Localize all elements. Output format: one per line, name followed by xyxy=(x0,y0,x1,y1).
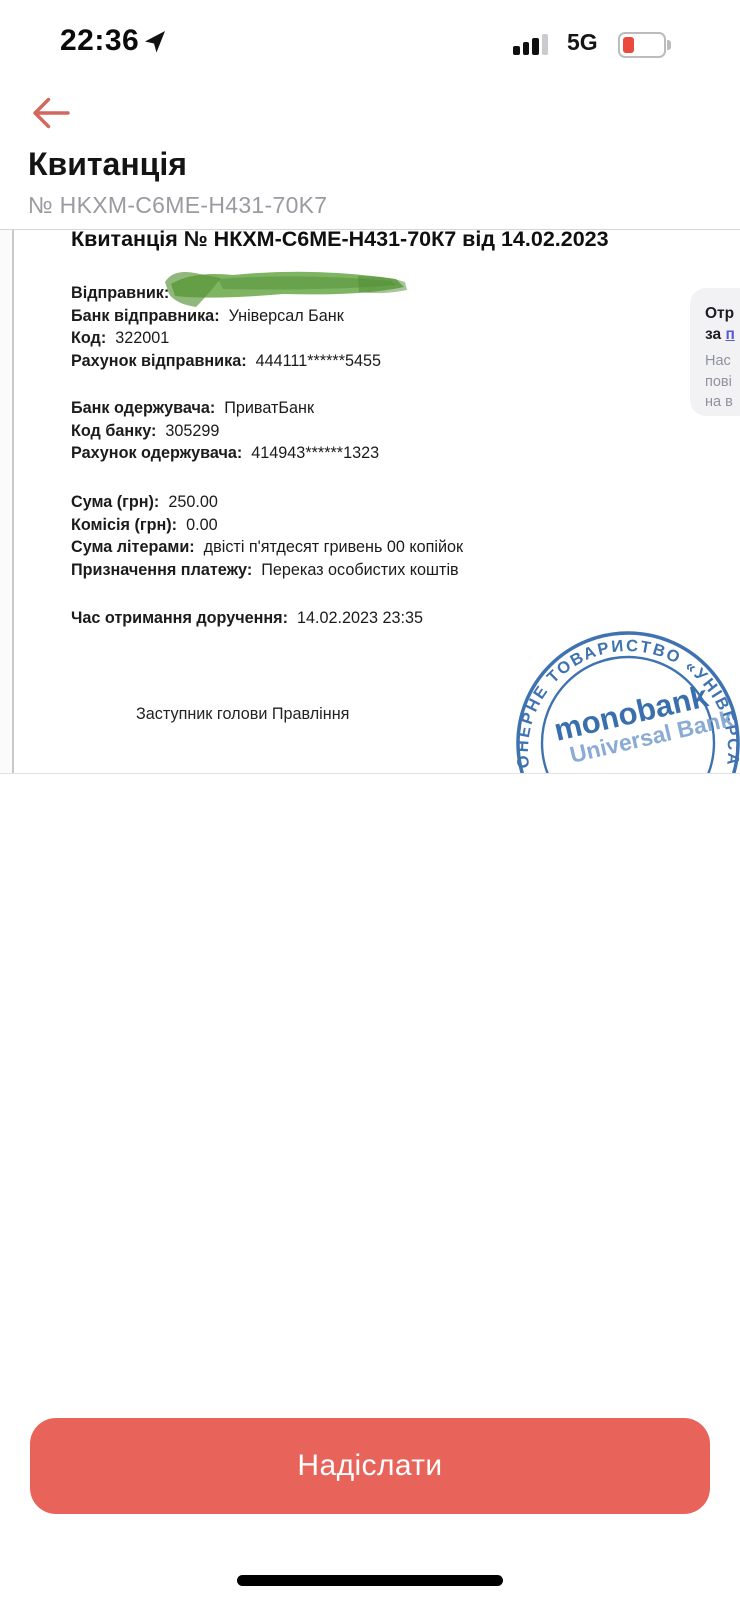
receipt-row: Сума літерами:двісті п'ятдесят гривень 0… xyxy=(71,536,463,559)
battery-level-fill xyxy=(623,37,634,53)
battery-icon xyxy=(618,32,666,58)
row-label: Сума літерами: xyxy=(71,538,195,556)
side-note-link-line: за п xyxy=(705,324,740,345)
status-time: 22:36 xyxy=(60,24,139,58)
row-label: Рахунок відправника: xyxy=(71,352,247,370)
receipt-document-title: Квитанція № НКХМ-С6МЕ-Н431-70К7 від 14.0… xyxy=(71,229,609,252)
row-label: Банк одержувача: xyxy=(71,399,215,417)
recipient-section: Банк одержувача:ПриватБанк Код банку:305… xyxy=(71,397,379,465)
row-value: ПриватБанк xyxy=(224,399,314,417)
row-label: Код банку: xyxy=(71,422,156,440)
bank-stamp: ОНЕРНЕ ТОВАРИСТВО «УНІВЕРСАЛ БАНК» monob… xyxy=(502,623,740,774)
receipt-row: Код банку:305299 xyxy=(71,420,379,443)
receipt-row: Сума (грн):250.00 xyxy=(71,491,463,514)
sender-section: Відправник: Банк відправника:Універсал Б… xyxy=(71,282,381,373)
back-button[interactable] xyxy=(26,94,74,134)
row-value: 414943******1323 xyxy=(251,444,379,462)
receipt-row: Рахунок одержувача:414943******1323 xyxy=(71,442,379,465)
amount-section: Сума (грн):250.00 Комісія (грн):0.00 Сум… xyxy=(71,491,463,582)
page-edge-strip xyxy=(0,230,12,773)
side-note-title: Отр xyxy=(705,303,740,324)
row-value: 250.00 xyxy=(168,493,218,511)
row-value: Універсал Банк xyxy=(229,307,344,325)
row-label: Час отримання доручення: xyxy=(71,609,288,627)
signature-line: Заступник голови Правління xyxy=(136,705,349,724)
side-note-link[interactable]: п xyxy=(725,326,734,343)
receipt-number-subtitle: № HKXM-C6ME-H431-70K7 xyxy=(28,192,327,219)
receipt-row: Комісія (грн):0.00 xyxy=(71,514,463,537)
row-label: Призначення платежу: xyxy=(71,561,252,579)
receipt-row: Банк відправника:Універсал Банк xyxy=(71,305,381,328)
location-arrow-icon xyxy=(141,28,168,60)
battery-nub xyxy=(667,40,671,50)
row-value: 0.00 xyxy=(186,516,218,534)
row-label: Код: xyxy=(71,329,106,347)
receipt-row: Відправник: xyxy=(71,282,381,305)
row-value: 444111******5455 xyxy=(256,352,381,370)
side-note-card: Отр за п Нас пові на в xyxy=(690,288,740,416)
side-note-link-prefix: за xyxy=(705,326,725,343)
receipt-document-viewer[interactable]: Квитанція № НКХМ-С6МЕ-Н431-70К7 від 14.0… xyxy=(0,229,740,774)
cellular-signal-icon xyxy=(513,33,548,55)
receipt-row: Час отримання доручення:14.02.2023 23:35 xyxy=(71,607,423,630)
row-label: Сума (грн): xyxy=(71,493,159,511)
row-value: 305299 xyxy=(165,422,219,440)
side-note-text: пові xyxy=(705,372,740,393)
row-label: Комісія (грн): xyxy=(71,516,177,534)
receipt-row: Рахунок відправника:444111******5455 xyxy=(71,350,381,373)
row-label: Рахунок одержувача: xyxy=(71,444,242,462)
page-edge-line xyxy=(12,230,14,773)
row-value: Переказ особистих коштів xyxy=(261,561,458,579)
side-note-text: Нас xyxy=(705,351,740,372)
row-label: Відправник: xyxy=(71,284,169,302)
row-value: двісті п'ятдесят гривень 00 копійок xyxy=(204,538,463,556)
page-title: Квитанція xyxy=(28,146,187,183)
back-arrow-icon xyxy=(28,119,72,134)
send-button[interactable]: Надіслати xyxy=(30,1418,710,1514)
row-value: 14.02.2023 23:35 xyxy=(297,609,423,627)
receipt-row: Банк одержувача:ПриватБанк xyxy=(71,397,379,420)
network-type-label: 5G xyxy=(567,29,598,56)
timestamp-section: Час отримання доручення:14.02.2023 23:35 xyxy=(71,607,423,630)
side-note-text: на в xyxy=(705,392,740,413)
row-value: 322001 xyxy=(115,329,169,347)
receipt-screen: { "status_bar": { "time": "22:36", "netw… xyxy=(0,0,740,1600)
receipt-row: Код:322001 xyxy=(71,327,381,350)
row-label: Банк відправника: xyxy=(71,307,220,325)
home-indicator xyxy=(237,1575,503,1586)
receipt-row: Призначення платежу:Переказ особистих ко… xyxy=(71,559,463,582)
